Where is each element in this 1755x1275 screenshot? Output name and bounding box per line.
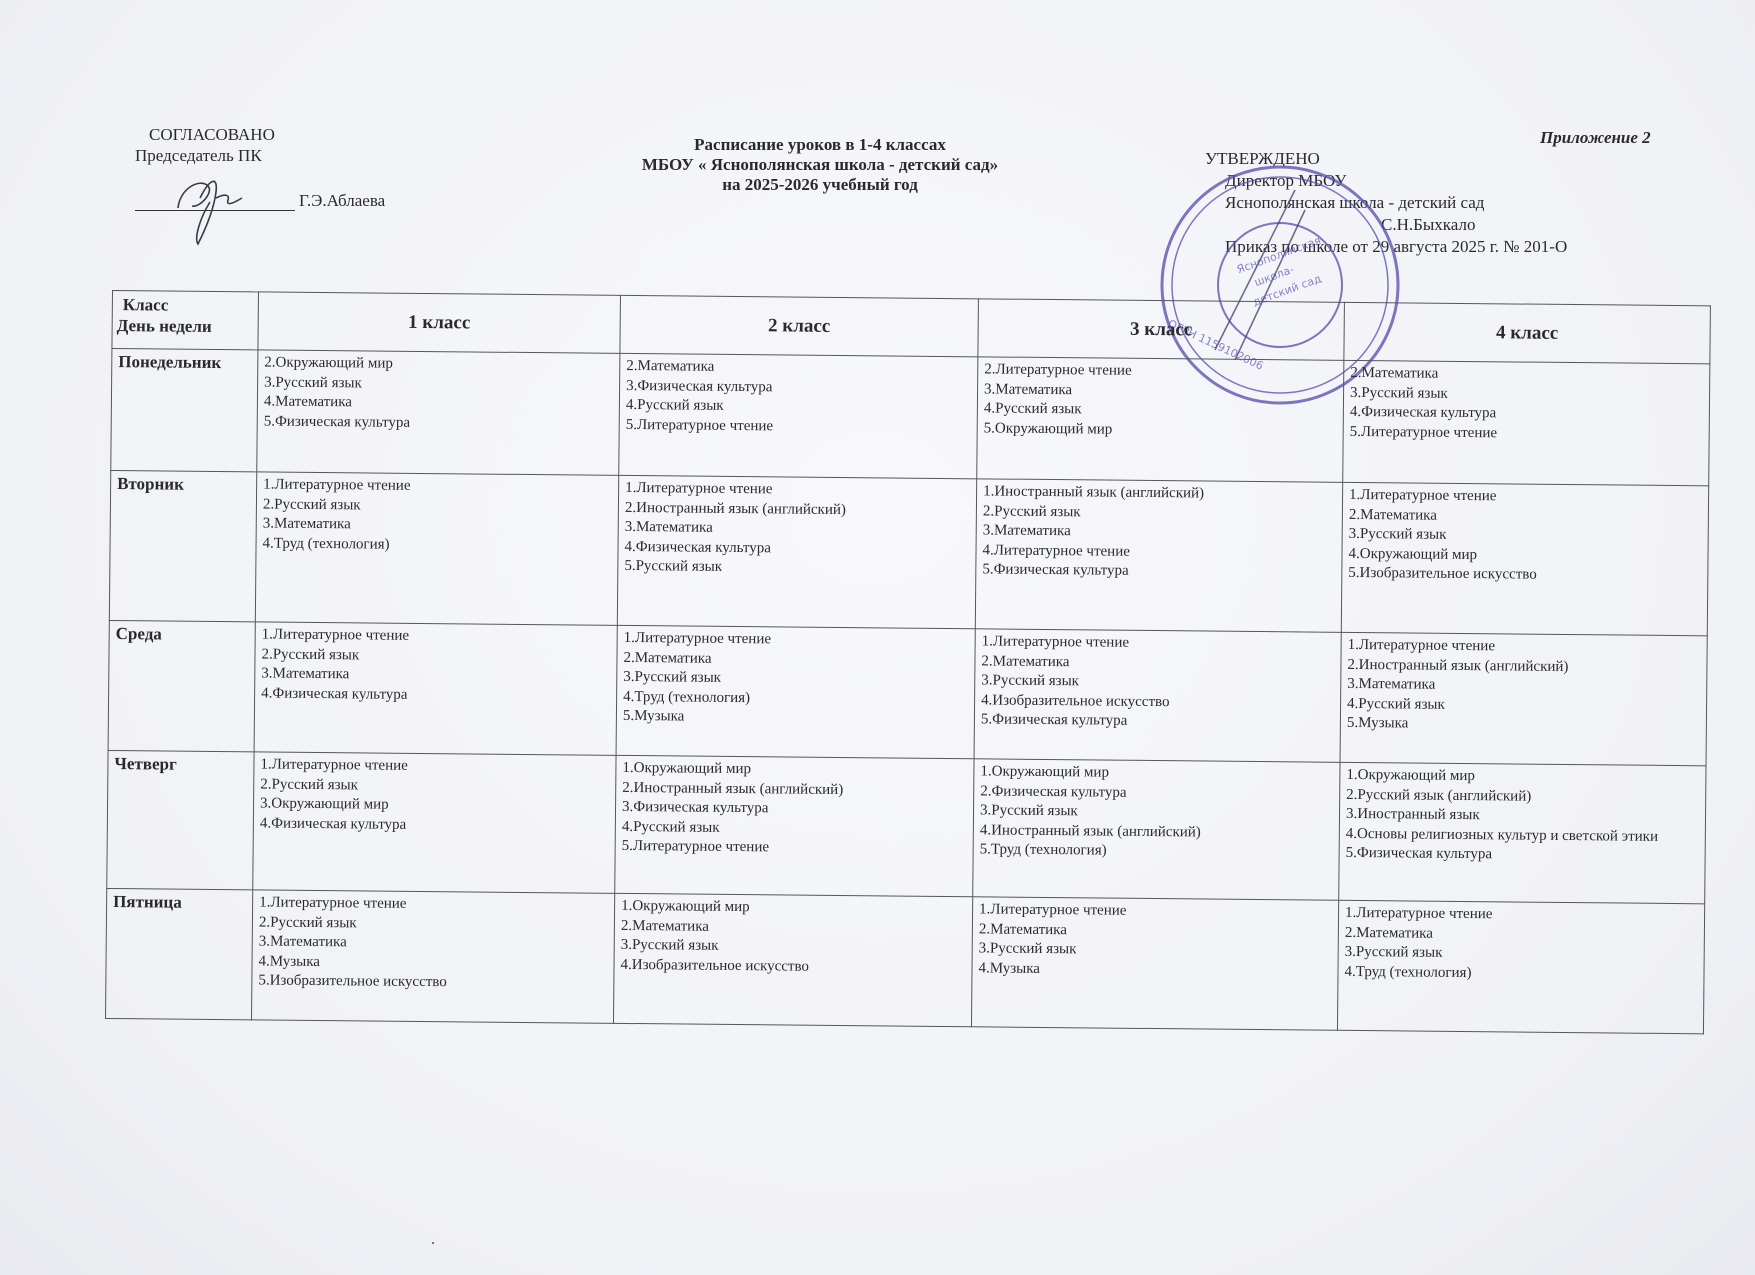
- approved-title: УТВЕРЖДЕНО: [1205, 148, 1567, 170]
- lesson-item: 4.Русский язык: [984, 399, 1337, 422]
- lesson-item: 1.Окружающий мир: [980, 762, 1333, 785]
- day-label: Четверг: [107, 750, 254, 889]
- lesson-item: 5.Литературное чтение: [1350, 422, 1703, 445]
- scan-speck: [432, 1242, 434, 1244]
- table-row: Вторник 1.Литературное чтение2.Русский я…: [109, 470, 1708, 635]
- lesson-item: 3.Физическая культура: [622, 798, 967, 821]
- lesson-item: 1.Иностранный язык (английский): [983, 482, 1336, 505]
- lesson-item: 2.Математика: [1350, 364, 1703, 387]
- svg-text:школа-: школа-: [1253, 263, 1296, 289]
- lesson-item: 3.Русский язык: [1345, 943, 1698, 966]
- lessons-cell: 2.Литературное чтение3.Математика4.Русск…: [977, 357, 1344, 483]
- lesson-item: 3.Математика: [625, 518, 970, 541]
- column-header-class-3: 3 класс: [978, 299, 1345, 361]
- agreed-name: Г.Э.Аблаева: [299, 190, 385, 211]
- lessons-cell: 1.Литературное чтение2.Математика3.Русск…: [1337, 900, 1704, 1034]
- lesson-item: 5.Музыка: [623, 707, 968, 730]
- lesson-item: 1.Окружающий мир: [621, 897, 966, 920]
- signature-icon: [170, 168, 250, 248]
- schedule-table: Класс День недели 1 класс 2 класс 3 клас…: [105, 290, 1711, 1034]
- lesson-item: 4.Физическая культура: [260, 814, 609, 837]
- lessons-cell: 1.Окружающий мир2.Физическая культура3.Р…: [973, 759, 1340, 901]
- lesson-item: 2.Окружающий мир: [264, 353, 613, 376]
- lessons-cell: 1.Литературное чтение2.Русский язык3.Окр…: [253, 752, 616, 893]
- table-row: Среда 1.Литературное чтение2.Русский язы…: [108, 620, 1707, 765]
- lessons-cell: 1.Литературное чтение2.Математика3.Русск…: [616, 625, 975, 758]
- lesson-item: 4.Физическая культура: [1350, 403, 1703, 426]
- approved-position: Директор МБОУ: [1225, 170, 1567, 192]
- approved-order: Приказ по школе от 29 августа 2025 г. № …: [1225, 236, 1567, 258]
- day-label: Среда: [108, 620, 255, 751]
- lessons-cell: 1.Литературное чтение2.Математика3.Русск…: [974, 629, 1341, 763]
- appendix-label: Приложение 2: [1540, 128, 1651, 148]
- lessons-cell: 1.Литературное чтение2.Математика3.Русск…: [1341, 482, 1708, 636]
- lesson-item: 3.Окружающий мир: [260, 794, 609, 817]
- lesson-item: 4.Русский язык: [626, 396, 971, 419]
- lesson-item: 1.Литературное чтение: [625, 479, 970, 502]
- lesson-item: 5.Окружающий мир: [984, 419, 1337, 442]
- lesson-item: 2.Литературное чтение: [984, 360, 1337, 383]
- day-label: Пятница: [106, 888, 253, 1019]
- lesson-item: 2.Математика: [626, 357, 971, 380]
- lesson-item: 1.Литературное чтение: [263, 475, 612, 498]
- lesson-item: 3.Русский язык: [980, 801, 1333, 824]
- title-line-1: Расписание уроков в 1-4 классах: [580, 135, 1060, 155]
- lesson-item: 5.Физическая культура: [981, 710, 1334, 733]
- column-header-class-1: 1 класс: [258, 292, 621, 353]
- lesson-item: 3.Математика: [261, 664, 610, 687]
- lessons-cell: 1.Окружающий мир2.Математика3.Русский яз…: [613, 893, 972, 1026]
- lessons-cell: 1.Окружающий мир2.Иностранный язык (англ…: [615, 755, 974, 896]
- lesson-item: 4.Изобразительное искусство: [620, 955, 965, 978]
- lesson-item: 5.Физическая культура: [1346, 844, 1699, 867]
- lesson-item: 4.Труд (технология): [1344, 962, 1697, 985]
- lesson-item: 3.Математика: [263, 514, 612, 537]
- lesson-item: 4.Математика: [264, 392, 613, 415]
- lesson-item: 1.Литературное чтение: [1349, 486, 1702, 509]
- lesson-item: 1.Литературное чтение: [982, 632, 1335, 655]
- lessons-cell: 1.Иностранный язык (английский)2.Русский…: [975, 479, 1342, 633]
- lessons-cell: 1.Литературное чтение2.Математика3.Русск…: [971, 897, 1338, 1031]
- agreed-title: СОГЛАСОВАНО: [149, 124, 385, 145]
- lesson-item: 1.Литературное чтение: [262, 625, 611, 648]
- column-header-class-4: 4 класс: [1344, 302, 1711, 364]
- lesson-item: 5.Труд (технология): [980, 840, 1333, 863]
- corner-class-label: Класс: [123, 294, 252, 316]
- lessons-cell: 2.Математика3.Физическая культура4.Русск…: [619, 353, 978, 478]
- lesson-item: 3.Русский язык: [979, 939, 1332, 962]
- day-label: Понедельник: [111, 349, 258, 472]
- table-row: Четверг 1.Литературное чтение2.Русский я…: [107, 750, 1706, 903]
- lesson-item: 5.Изобразительное искусство: [258, 971, 607, 994]
- lesson-item: 1.Литературное чтение: [259, 893, 608, 916]
- lesson-item: 3.Математика: [1347, 675, 1700, 698]
- title-line-2: МБОУ « Яснополянская школа - детский сад…: [580, 155, 1060, 175]
- lessons-cell: 2.Окружающий мир3.Русский язык4.Математи…: [257, 350, 620, 475]
- lesson-item: 3.Русский язык: [1349, 525, 1702, 548]
- lesson-item: 4.Музыка: [978, 959, 1331, 982]
- lessons-cell: 1.Литературное чтение2.Иностранный язык …: [617, 475, 976, 628]
- corner-day-label: День недели: [117, 315, 252, 337]
- lesson-item: 5.Изобразительное искусство: [1348, 564, 1701, 587]
- approved-block: УТВЕРЖДЕНО Директор МБОУ Яснополянская ш…: [1205, 148, 1567, 258]
- document-title: Расписание уроков в 1-4 классах МБОУ « Я…: [580, 135, 1060, 195]
- lesson-item: 5.Физическая культура: [982, 560, 1335, 583]
- column-header-class-2: 2 класс: [620, 295, 979, 356]
- table-row: Пятница 1.Литературное чтение2.Русский я…: [106, 888, 1705, 1033]
- lessons-cell: 1.Литературное чтение2.Иностранный язык …: [1340, 632, 1707, 766]
- lessons-cell: 1.Литературное чтение2.Русский язык3.Мат…: [254, 622, 617, 755]
- table-row: Понедельник 2.Окружающий мир3.Русский яз…: [111, 349, 1710, 486]
- lesson-item: 1.Литературное чтение: [1345, 904, 1698, 927]
- lesson-item: 1.Окружающий мир: [1346, 766, 1699, 789]
- lesson-item: 1.Литературное чтение: [260, 755, 609, 778]
- approved-name: С.Н.Быхкало: [1381, 214, 1567, 236]
- agreed-position: Председатель ПК: [135, 145, 385, 166]
- lesson-item: 4.Труд (технология): [262, 534, 611, 557]
- approved-org: Яснополянская школа - детский сад: [1225, 192, 1567, 214]
- lesson-item: 5.Музыка: [1347, 714, 1700, 737]
- lessons-cell: 1.Окружающий мир2.Русский язык (английск…: [1339, 762, 1706, 904]
- lesson-item: 4.Физическая культура: [261, 684, 610, 707]
- lessons-cell: 2.Математика3.Русский язык4.Физическая к…: [1343, 360, 1710, 486]
- lesson-item: 5.Литературное чтение: [622, 837, 967, 860]
- scanned-page: СОГЛАСОВАНО Председатель ПК Г.Э.Аблаева …: [0, 0, 1755, 1275]
- lesson-item: 1.Литературное чтение: [1348, 636, 1701, 659]
- lesson-item: 3.Математика: [259, 932, 608, 955]
- lesson-item: 1.Литературное чтение: [979, 900, 1332, 923]
- lesson-item: 3.Русский язык: [981, 671, 1334, 694]
- lesson-item: 3.Русский язык: [623, 668, 968, 691]
- lesson-item: 5.Физическая культура: [264, 412, 613, 435]
- day-label: Вторник: [109, 470, 256, 621]
- lesson-item: 5.Русский язык: [624, 557, 969, 580]
- corner-header: Класс День недели: [112, 291, 259, 350]
- lesson-item: 3.Иностранный язык: [1346, 805, 1699, 828]
- lessons-cell: 1.Литературное чтение2.Русский язык3.Мат…: [255, 472, 618, 625]
- lesson-item: 1.Окружающий мир: [622, 759, 967, 782]
- lesson-item: 1.Литературное чтение: [624, 629, 969, 652]
- lesson-item: 5.Литературное чтение: [626, 415, 971, 438]
- title-line-3: на 2025-2026 учебный год: [580, 175, 1060, 195]
- lesson-item: 3.Русский язык: [621, 936, 966, 959]
- lessons-cell: 1.Литературное чтение2.Русский язык3.Мат…: [252, 890, 615, 1023]
- lesson-item: 3.Математика: [983, 521, 1336, 544]
